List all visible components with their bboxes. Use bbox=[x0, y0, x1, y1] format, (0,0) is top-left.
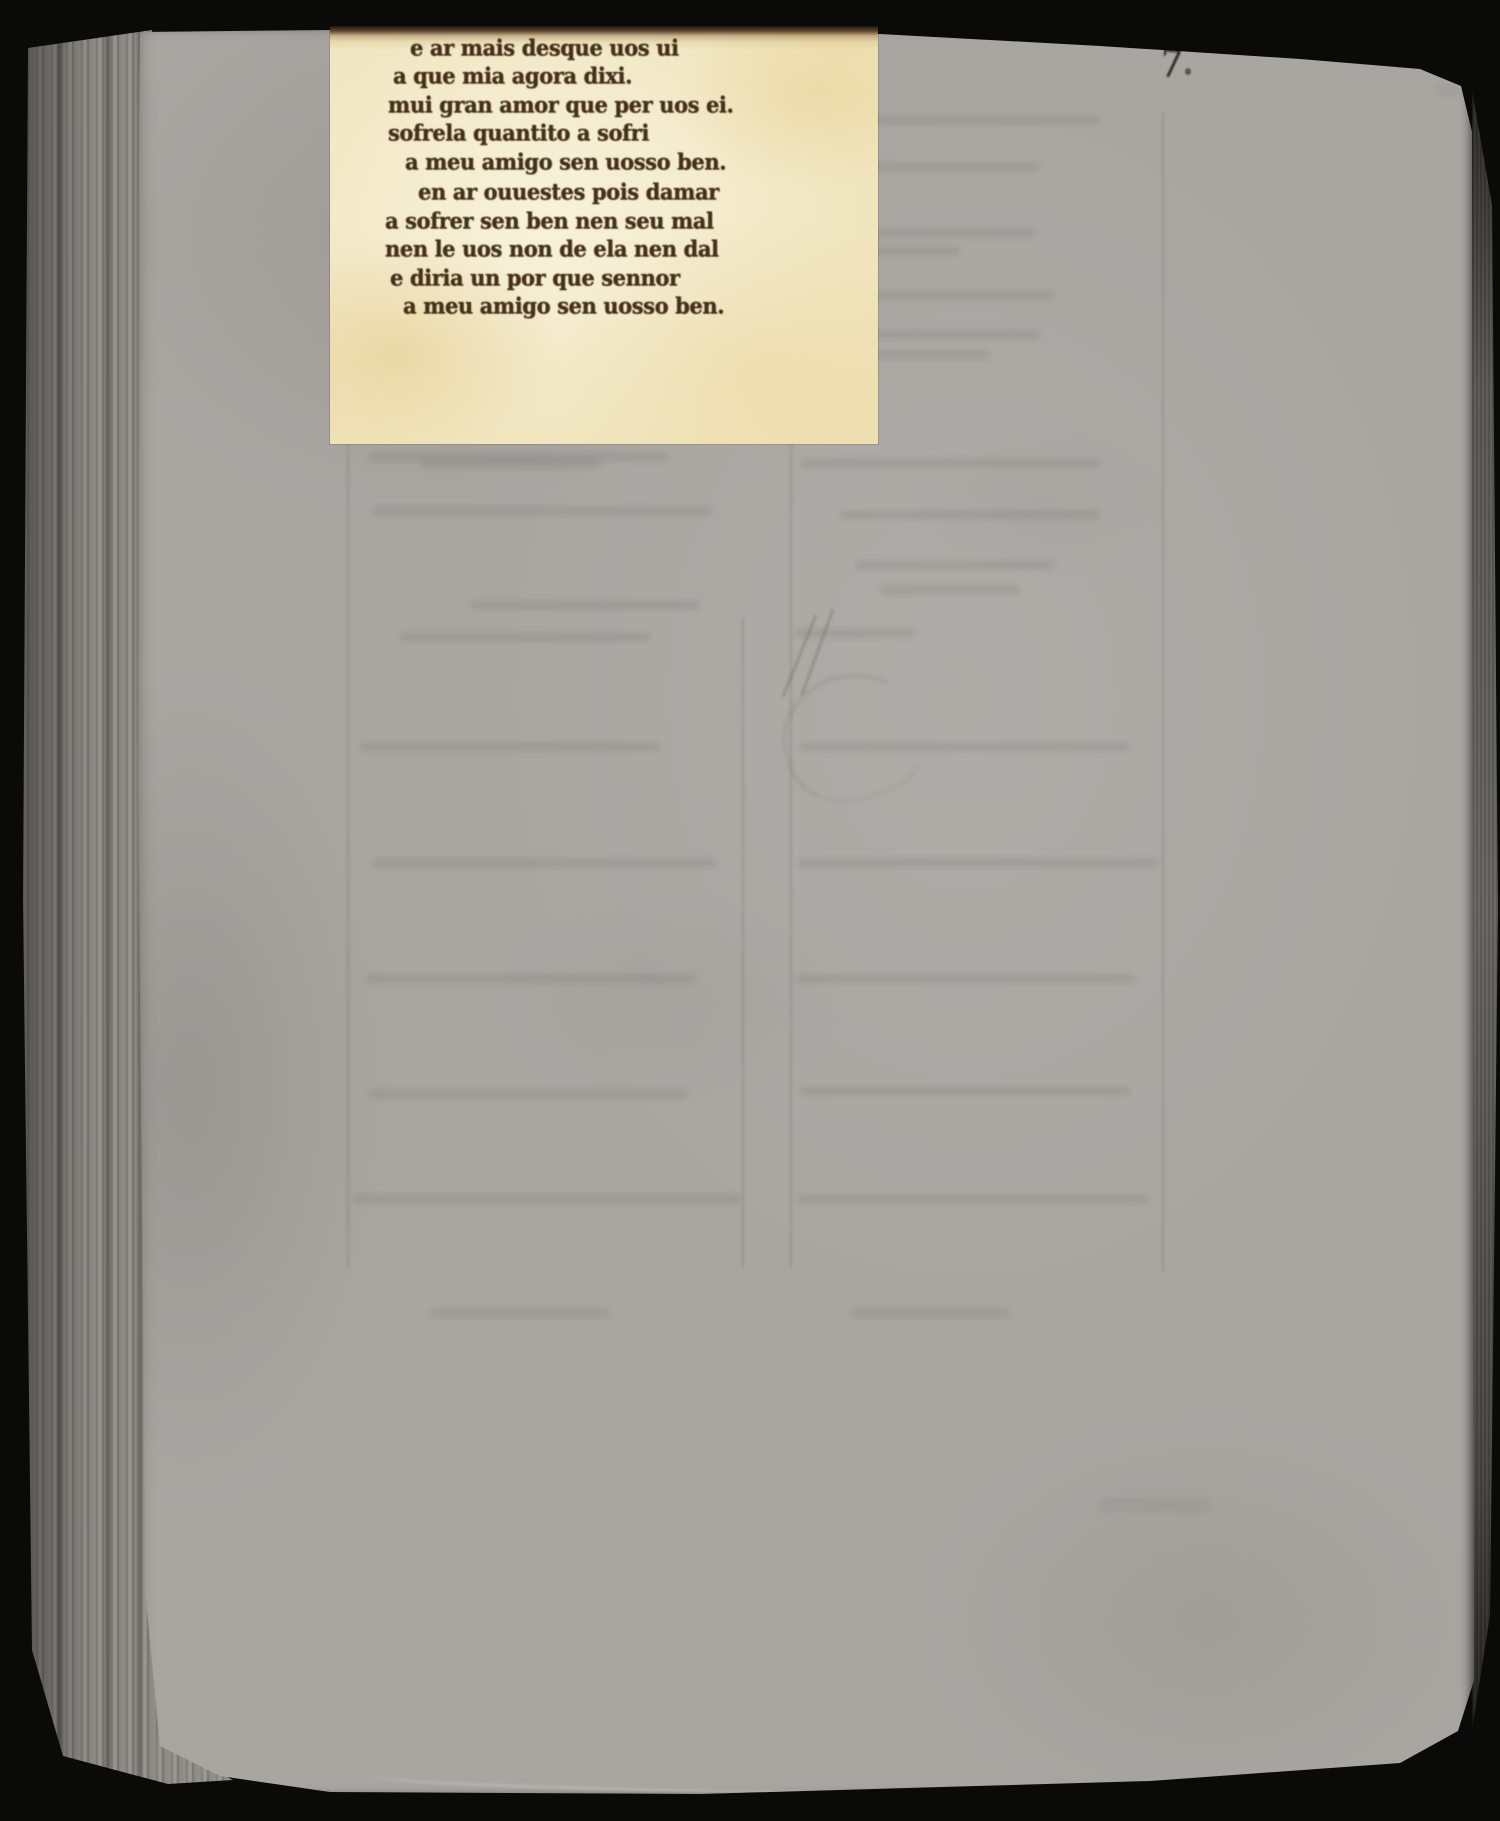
scanned-manuscript-photo: { "colors": { "background": "#0a0a09", "… bbox=[0, 0, 1500, 1821]
cantiga-line: nen le uos non de ela nen dal bbox=[385, 236, 719, 261]
photo-background: 7 e ar mais desque uos ui a que mia agor… bbox=[0, 0, 1500, 1821]
ghost-text-smudge bbox=[470, 600, 700, 610]
cantiga-line: a sofrer sen ben nen seu mal bbox=[385, 208, 714, 233]
ghost-text-smudge bbox=[855, 560, 1055, 570]
ghost-text-smudge bbox=[372, 506, 712, 516]
page-edge-groove bbox=[106, 28, 110, 1794]
ghost-text-smudge bbox=[798, 858, 1158, 868]
ghost-text-smudge bbox=[795, 628, 915, 638]
ghost-text-smudge bbox=[372, 858, 717, 868]
cantiga-line: a meu amigo sen uosso ben. bbox=[403, 293, 724, 318]
faint-smudge bbox=[1435, 84, 1461, 96]
ghost-text-smudge bbox=[800, 1086, 1130, 1096]
cantiga-line: mui gran amor que per uos ei. bbox=[388, 92, 733, 117]
ghost-text-smudge bbox=[352, 1194, 742, 1204]
cantiga-text-block: e ar mais desque uos ui a que mia agora … bbox=[330, 26, 878, 444]
ghost-text-smudge bbox=[860, 162, 1040, 172]
page-edge-groove bbox=[58, 28, 62, 1794]
cantiga-line: e diria un por que sennor bbox=[390, 265, 680, 290]
ghost-text-smudge bbox=[400, 632, 650, 642]
ghost-text-smudge bbox=[368, 1089, 688, 1099]
ghost-text-smudge bbox=[798, 1194, 1148, 1204]
ghost-text-smudge bbox=[880, 585, 1020, 595]
cantiga-line: en ar ouuestes pois damar bbox=[418, 179, 719, 204]
right-page-edge bbox=[1472, 90, 1500, 1730]
parchment-detail-overlay: e ar mais desque uos ui a que mia agora … bbox=[330, 26, 878, 444]
ghost-text-smudge bbox=[430, 1308, 610, 1318]
ghost-text-smudge bbox=[850, 330, 1040, 340]
ghost-text-smudge bbox=[870, 350, 990, 360]
cantiga-line: sofrela quantito a sofri bbox=[388, 120, 649, 145]
cantiga-line: e ar mais desque uos ui bbox=[410, 35, 679, 60]
ink-dot bbox=[1185, 68, 1191, 75]
ghost-text-smudge bbox=[366, 974, 696, 984]
ghost-text-smudge bbox=[850, 1308, 1010, 1318]
faint-smudge bbox=[1100, 1498, 1210, 1512]
ghost-text-smudge bbox=[800, 458, 1100, 468]
ghost-ruling-line bbox=[347, 430, 349, 1268]
ghost-text-smudge bbox=[360, 742, 660, 752]
page-bottom-edge-highlight bbox=[370, 1770, 1500, 1799]
ghost-text-smudge bbox=[795, 974, 1135, 984]
cantiga-line: a que mia agora dixi. bbox=[393, 63, 632, 88]
ghost-ruling-line bbox=[742, 618, 744, 1268]
ghost-text-smudge bbox=[840, 510, 1100, 520]
ghost-ruling-line bbox=[1162, 112, 1164, 1272]
ghost-text-smudge bbox=[420, 459, 600, 469]
quire-mark: 7 bbox=[1159, 37, 1185, 88]
cantiga-line: a meu amigo sen uosso ben. bbox=[405, 149, 726, 174]
